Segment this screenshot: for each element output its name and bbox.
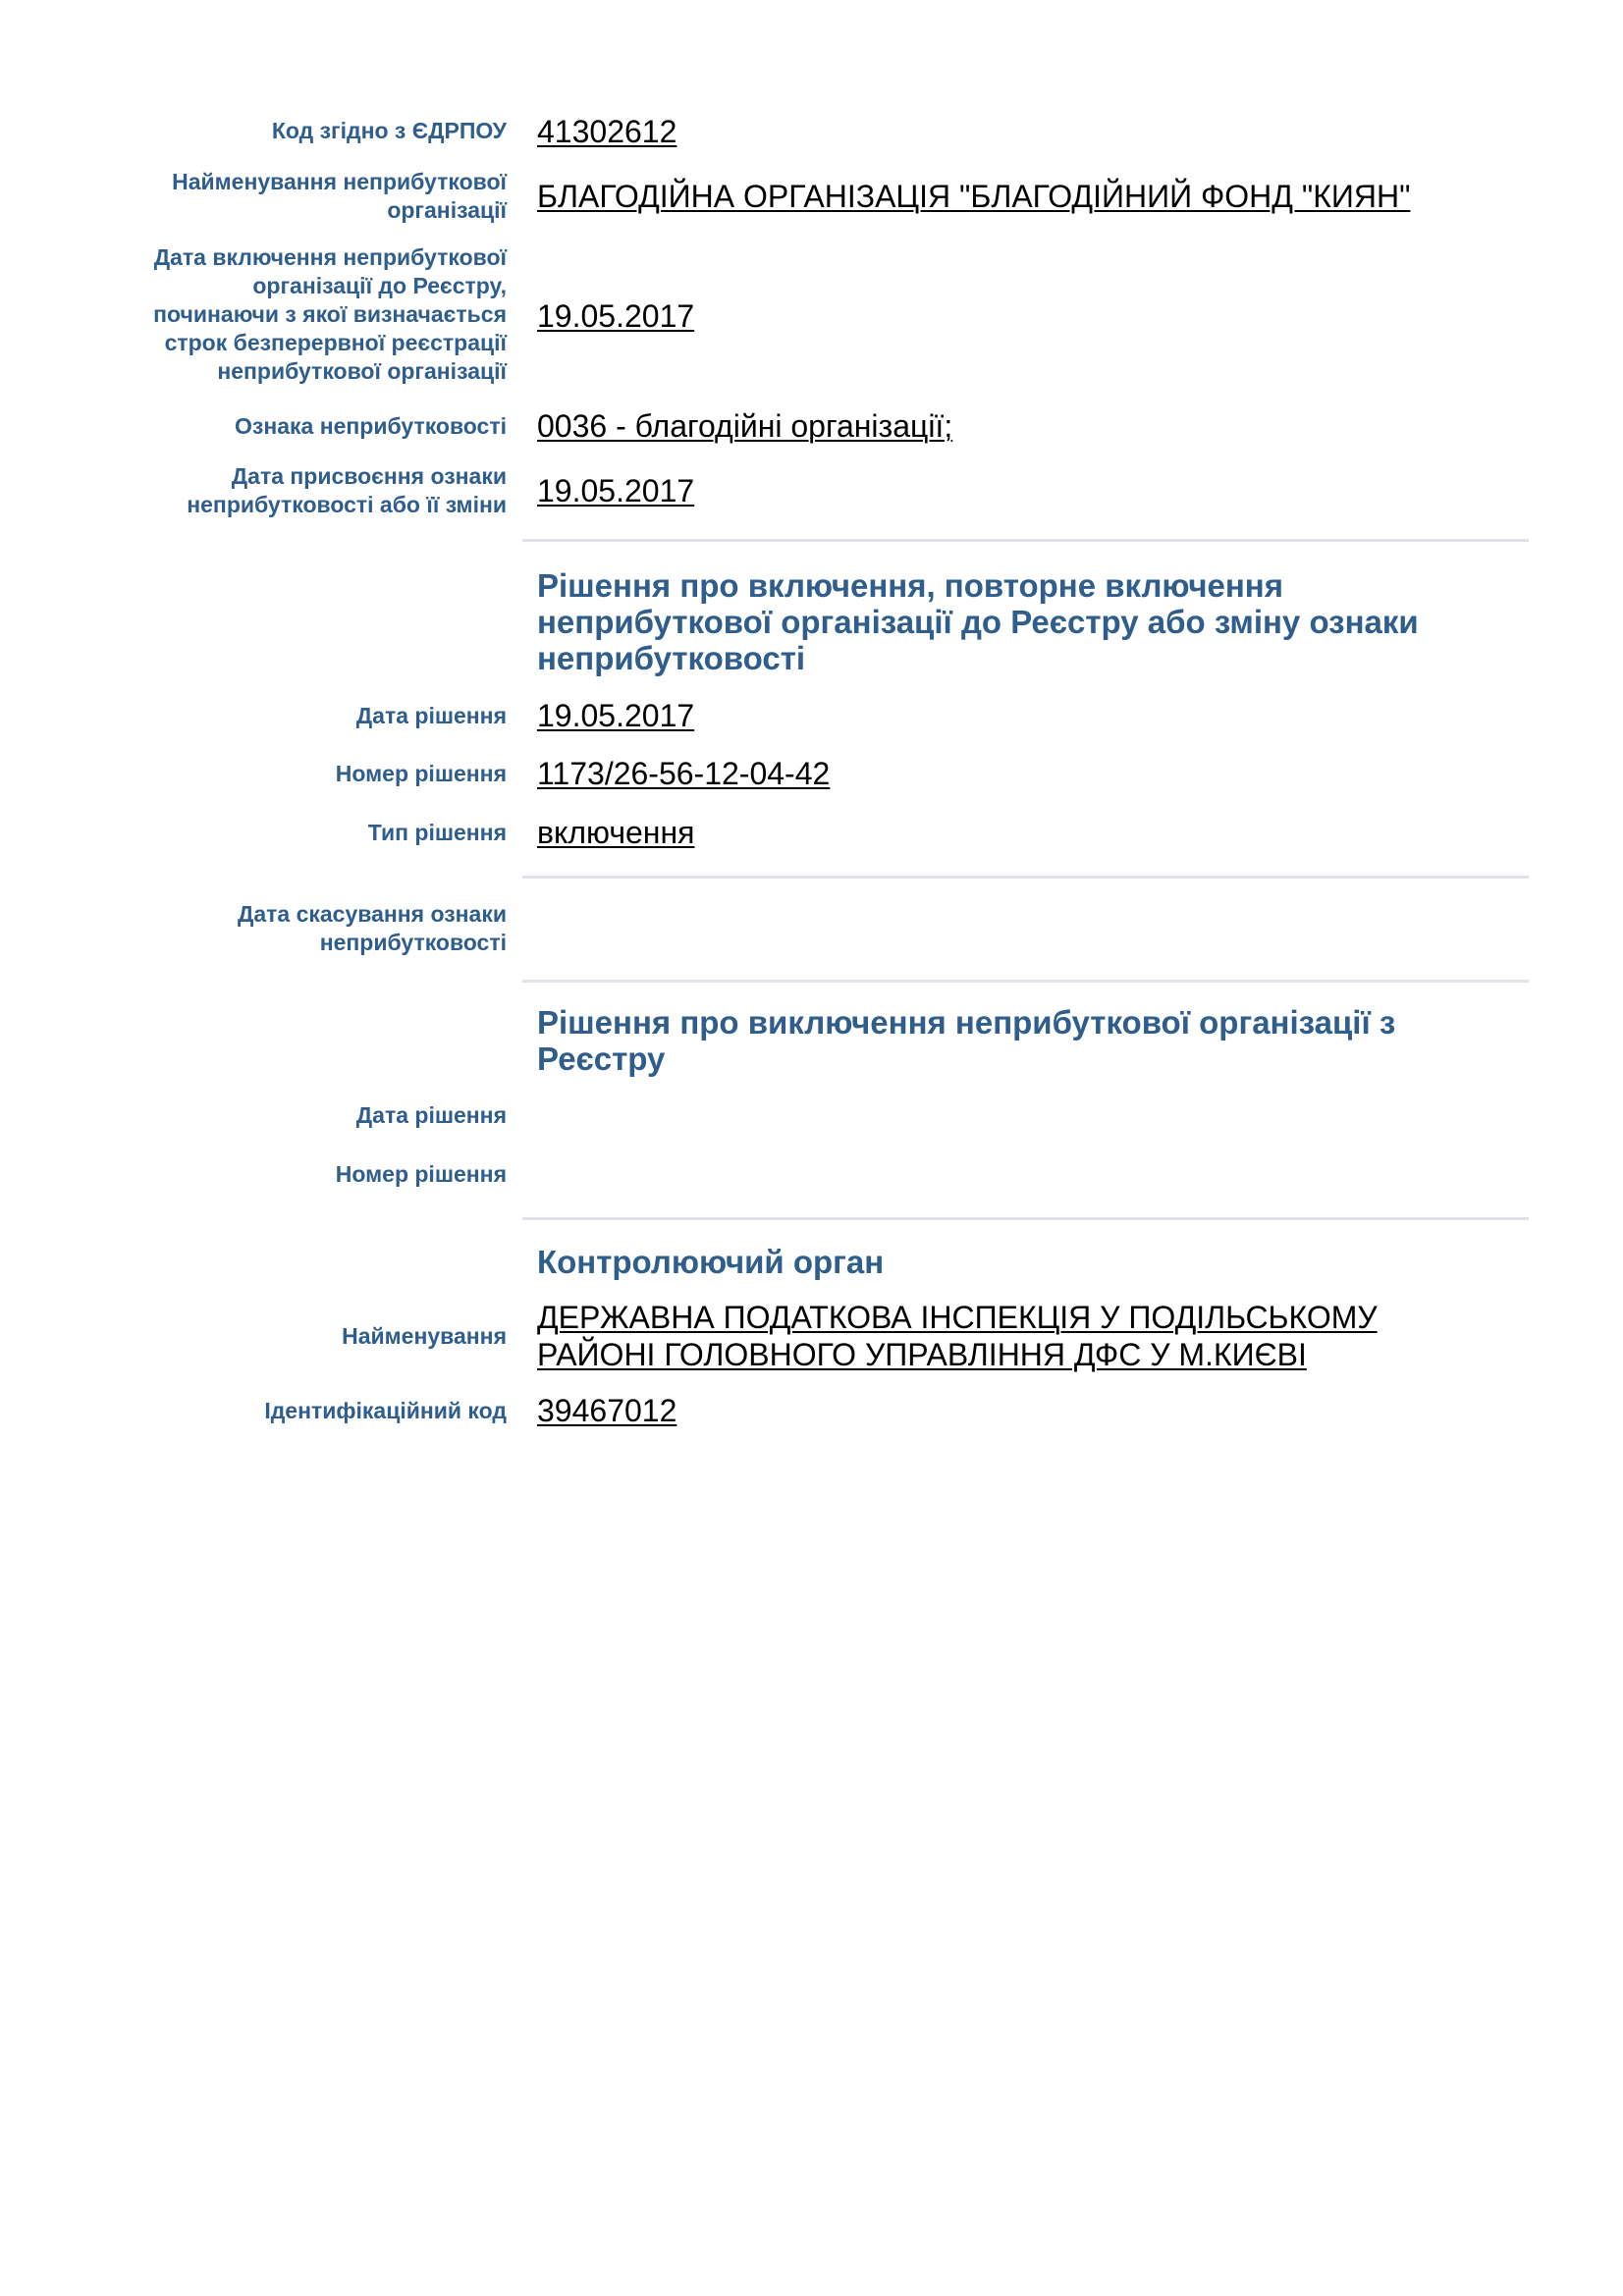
controlling-body-heading: Контролюючий орган — [537, 1244, 1519, 1280]
section-divider — [522, 539, 1529, 542]
org-name-label: Найменування неприбуткової організації — [134, 168, 507, 225]
inclusion-date-value[interactable]: 19.05.2017 — [537, 297, 1519, 335]
section-divider — [522, 1217, 1529, 1220]
exclusion-decision-date-label: Дата рішення — [124, 1101, 507, 1130]
controlling-body-name-label: Найменування — [124, 1322, 507, 1351]
org-name-value[interactable]: БЛАГОДІЙНА ОРГАНІЗАЦІЯ "БЛАГОДІЙНИЙ ФОНД… — [537, 178, 1519, 215]
cancel-date-label: Дата скасування ознаки неприбутковості — [143, 900, 507, 957]
inclusion-decision-number-value[interactable]: 1173/26-56-12-04-42 — [537, 755, 1519, 792]
exclusion-decision-heading: Рішення про виключення неприбуткової орг… — [537, 1004, 1480, 1077]
inclusion-date-label: Дата включення неприбуткової організації… — [129, 243, 507, 386]
sign-assign-date-value[interactable]: 19.05.2017 — [537, 472, 1519, 509]
inclusion-decision-date-value[interactable]: 19.05.2017 — [537, 697, 1519, 734]
inclusion-decision-heading: Рішення про включення, повторне включенн… — [537, 567, 1480, 676]
section-divider — [522, 980, 1529, 983]
inclusion-decision-date-label: Дата рішення — [124, 702, 507, 730]
inclusion-decision-type-value[interactable]: включення — [537, 814, 1519, 851]
controlling-body-id-value[interactable]: 39467012 — [537, 1392, 1519, 1429]
controlling-body-name-value[interactable]: ДЕРЖАВНА ПОДАТКОВА ІНСПЕКЦІЯ У ПОДІЛЬСЬК… — [537, 1299, 1440, 1373]
section-divider — [522, 876, 1529, 879]
controlling-body-id-label: Ідентифікаційний код — [124, 1397, 507, 1425]
nonprofit-sign-value[interactable]: 0036 - благодійні організації; — [537, 407, 1519, 445]
inclusion-decision-number-label: Номер рішення — [124, 760, 507, 788]
edrpou-label: Код згідно з ЄДРПОУ — [124, 117, 507, 145]
exclusion-decision-number-label: Номер рішення — [124, 1160, 507, 1189]
edrpou-value[interactable]: 41302612 — [537, 113, 1519, 150]
sign-assign-date-label: Дата присвоєння ознаки неприбутковості а… — [143, 462, 507, 519]
nonprofit-sign-label: Ознака неприбутковості — [124, 412, 507, 441]
inclusion-decision-type-label: Тип рішення — [124, 819, 507, 847]
